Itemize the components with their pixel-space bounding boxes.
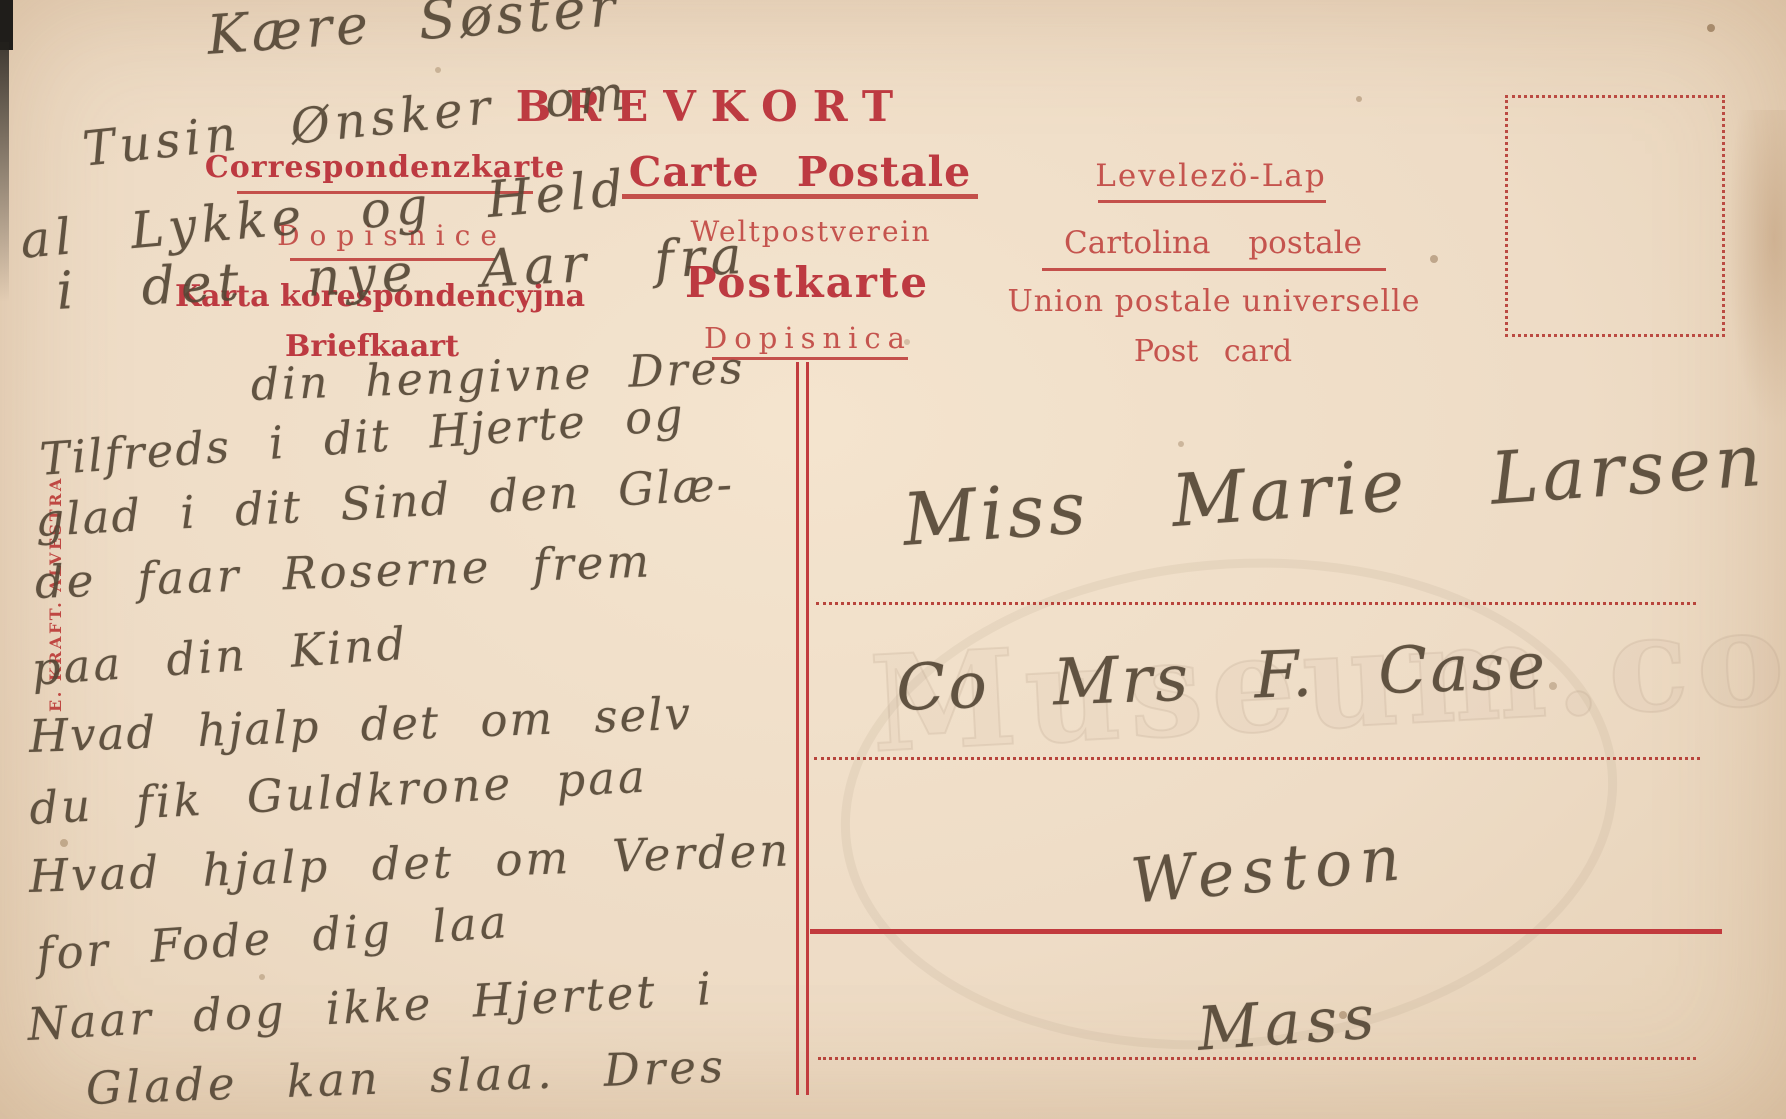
rule-levelezo-lap — [1098, 200, 1326, 203]
hw-message-line-8: for Fode dig laa — [35, 895, 511, 981]
stamp-box — [1505, 95, 1725, 337]
hw-greeting: Kære Søster — [205, 0, 621, 67]
label-union-postale: Union postale universelle — [1008, 284, 1421, 319]
hw-address-name: Miss Marie Larsen — [900, 418, 1768, 562]
hw-message-line-7: Hvad hjalp det om Verden — [28, 823, 792, 903]
paper-speckles — [0, 0, 4, 4]
postcard-back: Museum.com BREVKORT Correspondenzkarte D… — [0, 0, 1786, 1119]
hw-message-line-6: du fik Guldkrone paa — [28, 750, 649, 835]
address-line-2-rule — [814, 757, 1700, 760]
hw-message-line-10: Glade kan slaa. Dres — [85, 1040, 728, 1115]
address-line-3-rule — [810, 929, 1722, 934]
hw-address-state: Mass — [1195, 982, 1382, 1065]
hw-message-line-4: paa din Kind — [30, 617, 410, 696]
scan-edge-fade — [0, 42, 9, 302]
center-divider-line — [796, 362, 809, 1095]
paper-stain — [1726, 110, 1786, 430]
label-carte-postale: Carte Postale — [629, 148, 971, 196]
hw-message-line-3: de faar Roserne frem — [34, 534, 653, 609]
rule-cartolina-postale — [1042, 268, 1386, 271]
label-cartolina-postale: Cartolina postale — [1064, 225, 1362, 261]
hw-message-line-9: Naar dog ikke Hjertet i — [26, 962, 715, 1051]
address-line-1-rule — [816, 602, 1696, 605]
label-post-card: Post card — [1134, 334, 1292, 369]
rule-carte-postale — [622, 194, 978, 199]
label-levelezo-lap: Levelezö-Lap — [1095, 158, 1326, 194]
